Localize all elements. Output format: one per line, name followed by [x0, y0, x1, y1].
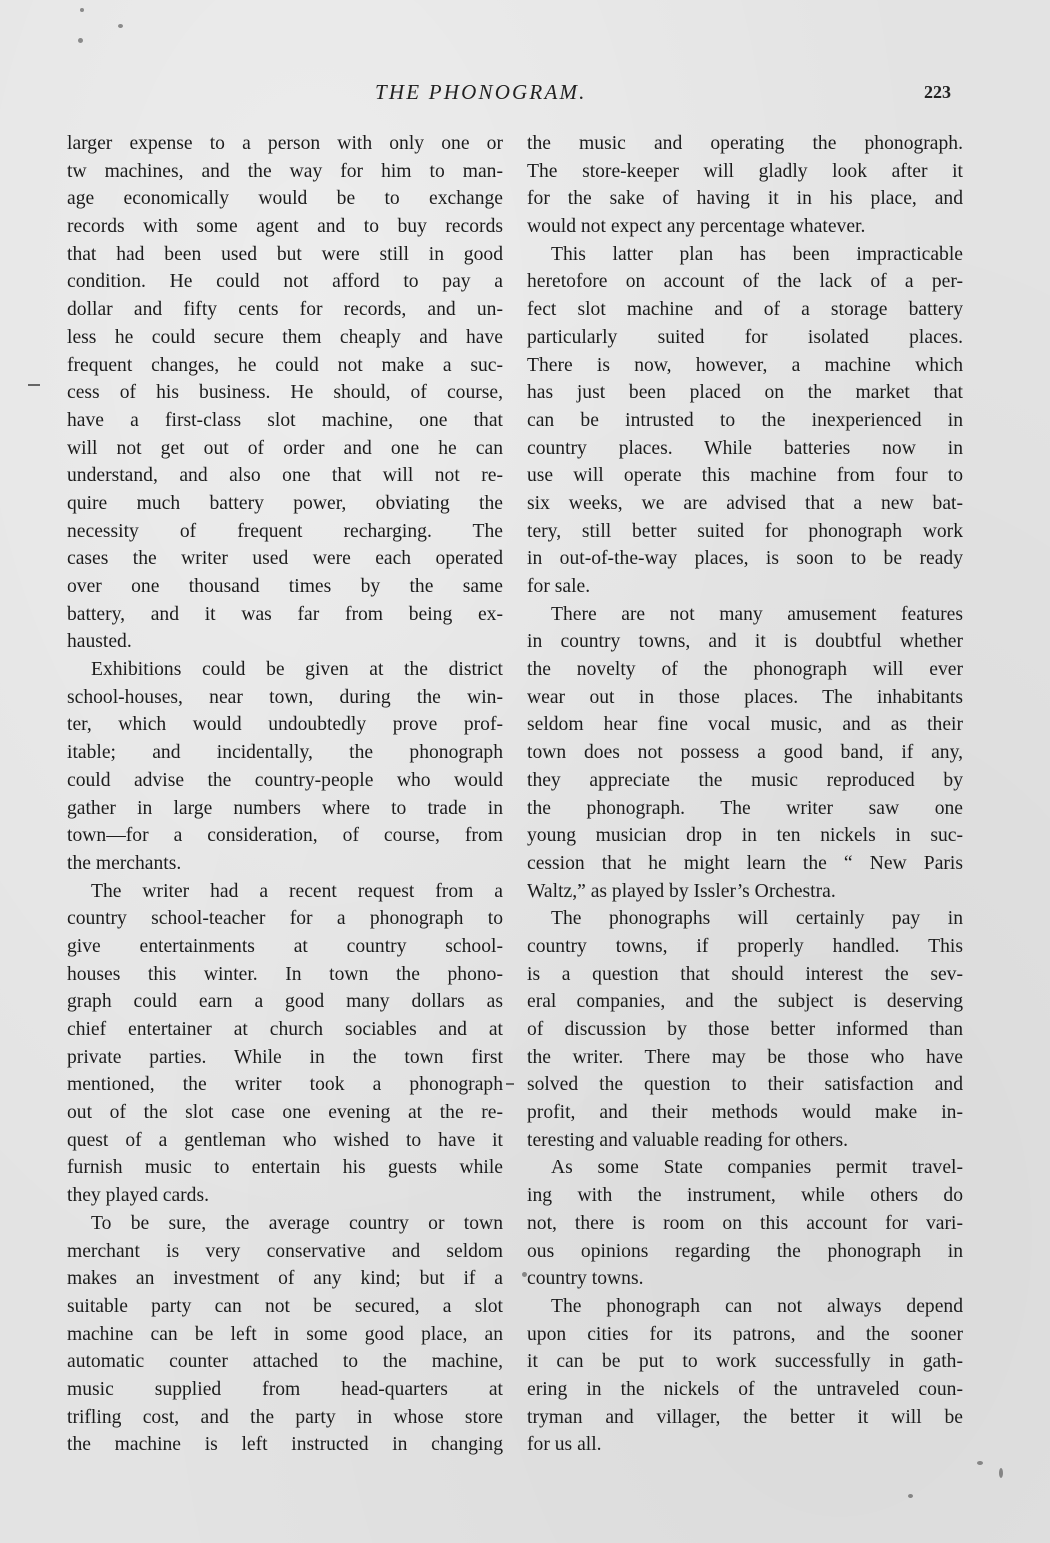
- text-line: would not expect any percentage whatever…: [527, 213, 963, 241]
- text-line: for sale.: [527, 573, 963, 601]
- line-text: town does not possess a good band, if an…: [527, 739, 963, 767]
- text-line: the phonograph. The writer saw one: [527, 795, 963, 823]
- line-text: ter, which would undoubtedly prove prof-: [67, 711, 503, 739]
- text-line: in country towns, and it is doubtful whe…: [527, 628, 963, 656]
- line-text: it can be put to work successfully in ga…: [527, 1348, 963, 1376]
- text-line: gather in large numbers where to trade i…: [67, 795, 503, 823]
- text-line: profit, and their methods would make in-: [527, 1099, 963, 1127]
- text-line: give entertainments at country school-: [67, 933, 503, 961]
- text-line: will not get out of order and one he can: [67, 435, 503, 463]
- scan-speck: [522, 1272, 527, 1277]
- text-line: six weeks, we are advised that a new bat…: [527, 490, 963, 518]
- line-text: particularly suited for isolated places.: [527, 324, 963, 352]
- text-line: eral companies, and the subject is deser…: [527, 988, 963, 1016]
- line-text: has just been placed on the market that: [527, 379, 963, 407]
- line-text: the phonograph. The writer saw one: [527, 795, 963, 823]
- line-text: necessity of frequent recharging. The: [67, 518, 503, 546]
- page-number: 223: [924, 82, 951, 103]
- line-text: profit, and their methods would make in-: [527, 1099, 963, 1127]
- text-line: larger expense to a person with only one…: [67, 130, 503, 158]
- text-line: seldom hear fine vocal music, and as the…: [527, 711, 963, 739]
- text-line: cession that he might learn the “ New Pa…: [527, 850, 963, 878]
- line-text: chief entertainer at church sociables an…: [67, 1016, 503, 1044]
- text-line: ter, which would undoubtedly prove prof-: [67, 711, 503, 739]
- line-text: over one thousand times by the same: [67, 573, 503, 601]
- text-line: country towns, if properly handled. This: [527, 933, 963, 961]
- line-text: merchant is very conservative and seldom: [67, 1238, 503, 1266]
- text-line: There is now, however, a machine which: [527, 352, 963, 380]
- text-line: it can be put to work successfully in ga…: [527, 1348, 963, 1376]
- text-line: cess of his business. He should, of cour…: [67, 379, 503, 407]
- text-line: the writer. There may be those who have: [527, 1044, 963, 1072]
- line-text: furnish music to entertain his guests wh…: [67, 1154, 503, 1182]
- paragraph-first-line: There are not many amusement features: [527, 601, 963, 629]
- text-line: music supplied from head-quarters at: [67, 1376, 503, 1404]
- line-text: age economically would be to exchange: [67, 185, 503, 213]
- line-text: To be sure, the average country or town: [91, 1210, 503, 1238]
- text-line: chief entertainer at church sociables an…: [67, 1016, 503, 1044]
- scanned-page: THE PHONOGRAM. 223 larger expense to a p…: [0, 0, 1050, 1543]
- line-text: school-houses, near town, during the win…: [67, 684, 503, 712]
- text-line: necessity of frequent recharging. The: [67, 518, 503, 546]
- line-text: The writer had a recent request from a: [91, 878, 503, 906]
- text-line: country places. While batteries now in: [527, 435, 963, 463]
- text-line: have a first-class slot machine, one tha…: [67, 407, 503, 435]
- line-text: gather in large numbers where to trade i…: [67, 795, 503, 823]
- line-text: town—for a consideration, of course, fro…: [67, 822, 503, 850]
- line-text: hausted.: [67, 628, 503, 656]
- line-text: quest of a gentleman who wished to have …: [67, 1127, 503, 1155]
- text-line: solved the question to their satisfactio…: [527, 1071, 963, 1099]
- paragraph-first-line: Exhibitions could be given at the distri…: [67, 656, 503, 684]
- text-line: merchant is very conservative and seldom: [67, 1238, 503, 1266]
- line-text: country towns.: [527, 1265, 963, 1293]
- line-text: condition. He could not afford to pay a: [67, 268, 503, 296]
- text-line: town does not possess a good band, if an…: [527, 739, 963, 767]
- text-line: houses this winter. In town the phono-: [67, 961, 503, 989]
- text-line: country school-teacher for a phonograph …: [67, 905, 503, 933]
- journal-title: THE PHONOGRAM.: [375, 80, 587, 105]
- text-line: school-houses, near town, during the win…: [67, 684, 503, 712]
- scan-speck: [80, 8, 84, 12]
- text-line: machine can be left in some good place, …: [67, 1321, 503, 1349]
- line-text: they played cards.: [67, 1182, 503, 1210]
- line-text: mentioned, the writer took a phonograph: [67, 1071, 503, 1099]
- text-line: records with some agent and to buy recor…: [67, 213, 503, 241]
- scan-speck: [908, 1494, 913, 1498]
- text-line: understand, and also one that will not r…: [67, 462, 503, 490]
- text-line: itable; and incidentally, the phonograph: [67, 739, 503, 767]
- text-line: frequent changes, he could not make a su…: [67, 352, 503, 380]
- paragraph-first-line: As some State companies permit travel-: [527, 1154, 963, 1182]
- line-text: solved the question to their satisfactio…: [527, 1071, 963, 1099]
- text-line: the music and operating the phonograph.: [527, 130, 963, 158]
- margin-mark: [506, 1083, 514, 1085]
- text-line: the novelty of the phonograph will ever: [527, 656, 963, 684]
- text-line: suitable party can not be secured, a slo…: [67, 1293, 503, 1321]
- text-line: of discussion by those better informed t…: [527, 1016, 963, 1044]
- line-text: As some State companies permit travel-: [551, 1154, 963, 1182]
- line-text: The phonographs will certainly pay in: [551, 905, 963, 933]
- text-line: The store-keeper will gladly look after …: [527, 158, 963, 186]
- text-line: ering in the nickels of the untraveled c…: [527, 1376, 963, 1404]
- line-text: Exhibitions could be given at the distri…: [91, 656, 503, 684]
- text-line: they played cards.: [67, 1182, 503, 1210]
- line-text: ering in the nickels of the untraveled c…: [527, 1376, 963, 1404]
- line-text: country places. While batteries now in: [527, 435, 963, 463]
- text-line: condition. He could not afford to pay a: [67, 268, 503, 296]
- line-text: country towns, if properly handled. This: [527, 933, 963, 961]
- line-text: There is now, however, a machine which: [527, 352, 963, 380]
- text-line: the merchants.: [67, 850, 503, 878]
- line-text: for us all.: [527, 1431, 963, 1459]
- text-line: ing with the instrument, while others do: [527, 1182, 963, 1210]
- line-text: teresting and valuable reading for other…: [527, 1127, 963, 1155]
- text-line: the machine is left instructed in changi…: [67, 1431, 503, 1459]
- text-line: not, there is room on this account for v…: [527, 1210, 963, 1238]
- line-text: the novelty of the phonograph will ever: [527, 656, 963, 684]
- line-text: ous opinions regarding the phonograph in: [527, 1238, 963, 1266]
- line-text: graph could earn a good many dollars as: [67, 988, 503, 1016]
- line-text: in country towns, and it is doubtful whe…: [527, 628, 963, 656]
- line-text: tw machines, and the way for him to man-: [67, 158, 503, 186]
- line-text: Waltz,” as played by Issler’s Orchestra.: [527, 878, 963, 906]
- line-text: the writer. There may be those who have: [527, 1044, 963, 1072]
- line-text: would not expect any percentage whatever…: [527, 213, 963, 241]
- line-text: cession that he might learn the “ New Pa…: [527, 850, 963, 878]
- text-line: use will operate this machine from four …: [527, 462, 963, 490]
- text-line: out of the slot case one evening at the …: [67, 1099, 503, 1127]
- line-text: ing with the instrument, while others do: [527, 1182, 963, 1210]
- text-line: Waltz,” as played by Issler’s Orchestra.: [527, 878, 963, 906]
- text-line: mentioned, the writer took a phonograph: [67, 1071, 503, 1099]
- text-line: particularly suited for isolated places.: [527, 324, 963, 352]
- left-column: larger expense to a person with only one…: [67, 130, 503, 1459]
- line-text: There are not many amusement features: [551, 601, 963, 629]
- line-text: houses this winter. In town the phono-: [67, 961, 503, 989]
- line-text: the music and operating the phonograph.: [527, 130, 963, 158]
- line-text: out of the slot case one evening at the …: [67, 1099, 503, 1127]
- text-line: fect slot machine and of a storage batte…: [527, 296, 963, 324]
- line-text: heretofore on account of the lack of a p…: [527, 268, 963, 296]
- text-line: ous opinions regarding the phonograph in: [527, 1238, 963, 1266]
- line-text: battery, and it was far from being ex-: [67, 601, 503, 629]
- line-text: the merchants.: [67, 850, 503, 878]
- text-line: quest of a gentleman who wished to have …: [67, 1127, 503, 1155]
- text-line: automatic counter attached to the machin…: [67, 1348, 503, 1376]
- running-head: THE PHONOGRAM. 223: [0, 80, 1050, 110]
- line-text: understand, and also one that will not r…: [67, 462, 503, 490]
- paragraph-first-line: To be sure, the average country or town: [67, 1210, 503, 1238]
- text-line: young musician drop in ten nickels in su…: [527, 822, 963, 850]
- line-text: makes an investment of any kind; but if …: [67, 1265, 503, 1293]
- text-line: furnish music to entertain his guests wh…: [67, 1154, 503, 1182]
- text-line: quire much battery power, obviating the: [67, 490, 503, 518]
- line-text: The phonograph can not always depend: [551, 1293, 963, 1321]
- text-line: graph could earn a good many dollars as: [67, 988, 503, 1016]
- line-text: This latter plan has been impracticable: [551, 241, 963, 269]
- text-line: country towns.: [527, 1265, 963, 1293]
- line-text: can be intrusted to the inexperienced in: [527, 407, 963, 435]
- line-text: music supplied from head-quarters at: [67, 1376, 503, 1404]
- line-text: will not get out of order and one he can: [67, 435, 503, 463]
- margin-mark: [28, 384, 40, 386]
- text-line: tery, still better suited for phonograph…: [527, 518, 963, 546]
- text-line: town—for a consideration, of course, fro…: [67, 822, 503, 850]
- paragraph-first-line: This latter plan has been impracticable: [527, 241, 963, 269]
- text-line: could advise the country-people who woul…: [67, 767, 503, 795]
- text-line: tw machines, and the way for him to man-: [67, 158, 503, 186]
- text-line: less he could secure them cheaply and ha…: [67, 324, 503, 352]
- line-text: machine can be left in some good place, …: [67, 1321, 503, 1349]
- scan-speck: [78, 38, 83, 43]
- text-line: wear out in those places. The inhabitant…: [527, 684, 963, 712]
- text-line: is a question that should interest the s…: [527, 961, 963, 989]
- line-text: wear out in those places. The inhabitant…: [527, 684, 963, 712]
- text-line: hausted.: [67, 628, 503, 656]
- text-line: has just been placed on the market that: [527, 379, 963, 407]
- line-text: in out-of-the-way places, is soon to be …: [527, 545, 963, 573]
- text-line: for the sake of having it in his place, …: [527, 185, 963, 213]
- line-text: is a question that should interest the s…: [527, 961, 963, 989]
- paragraph-first-line: The writer had a recent request from a: [67, 878, 503, 906]
- line-text: dollar and fifty cents for records, and …: [67, 296, 503, 324]
- line-text: for sale.: [527, 573, 963, 601]
- text-line: tryman and villager, the better it will …: [527, 1404, 963, 1432]
- text-line: upon cities for its patrons, and the soo…: [527, 1321, 963, 1349]
- line-text: for the sake of having it in his place, …: [527, 185, 963, 213]
- line-text: tery, still better suited for phonograph…: [527, 518, 963, 546]
- text-line: over one thousand times by the same: [67, 573, 503, 601]
- text-line: for us all.: [527, 1431, 963, 1459]
- line-text: less he could secure them cheaply and ha…: [67, 324, 503, 352]
- paragraph-first-line: The phonographs will certainly pay in: [527, 905, 963, 933]
- line-text: give entertainments at country school-: [67, 933, 503, 961]
- scan-speck: [977, 1461, 983, 1465]
- text-line: cases the writer used were each operated: [67, 545, 503, 573]
- line-text: fect slot machine and of a storage batte…: [527, 296, 963, 324]
- line-text: automatic counter attached to the machin…: [67, 1348, 503, 1376]
- line-text: The store-keeper will gladly look after …: [527, 158, 963, 186]
- text-line: makes an investment of any kind; but if …: [67, 1265, 503, 1293]
- line-text: six weeks, we are advised that a new bat…: [527, 490, 963, 518]
- text-line: that had been used but were still in goo…: [67, 241, 503, 269]
- line-text: larger expense to a person with only one…: [67, 130, 503, 158]
- text-line: they appreciate the music reproduced by: [527, 767, 963, 795]
- text-line: age economically would be to exchange: [67, 185, 503, 213]
- scan-speck: [118, 24, 123, 28]
- line-text: frequent changes, he could not make a su…: [67, 352, 503, 380]
- line-text: itable; and incidentally, the phonograph: [67, 739, 503, 767]
- text-line: trifling cost, and the party in whose st…: [67, 1404, 503, 1432]
- text-line: heretofore on account of the lack of a p…: [527, 268, 963, 296]
- line-text: cess of his business. He should, of cour…: [67, 379, 503, 407]
- text-line: battery, and it was far from being ex-: [67, 601, 503, 629]
- line-text: seldom hear fine vocal music, and as the…: [527, 711, 963, 739]
- line-text: cases the writer used were each operated: [67, 545, 503, 573]
- line-text: records with some agent and to buy recor…: [67, 213, 503, 241]
- text-line: private parties. While in the town first: [67, 1044, 503, 1072]
- right-column: the music and operating the phonograph.T…: [527, 130, 963, 1459]
- line-text: suitable party can not be secured, a slo…: [67, 1293, 503, 1321]
- line-text: use will operate this machine from four …: [527, 462, 963, 490]
- line-text: private parties. While in the town first: [67, 1044, 503, 1072]
- line-text: that had been used but were still in goo…: [67, 241, 503, 269]
- line-text: eral companies, and the subject is deser…: [527, 988, 963, 1016]
- line-text: have a first-class slot machine, one tha…: [67, 407, 503, 435]
- line-text: tryman and villager, the better it will …: [527, 1404, 963, 1432]
- line-text: of discussion by those better informed t…: [527, 1016, 963, 1044]
- line-text: not, there is room on this account for v…: [527, 1210, 963, 1238]
- line-text: young musician drop in ten nickels in su…: [527, 822, 963, 850]
- scan-speck: [999, 1468, 1003, 1478]
- text-line: in out-of-the-way places, is soon to be …: [527, 545, 963, 573]
- line-text: quire much battery power, obviating the: [67, 490, 503, 518]
- line-text: they appreciate the music reproduced by: [527, 767, 963, 795]
- line-text: the machine is left instructed in changi…: [67, 1431, 503, 1459]
- text-line: can be intrusted to the inexperienced in: [527, 407, 963, 435]
- text-line: dollar and fifty cents for records, and …: [67, 296, 503, 324]
- text-line: teresting and valuable reading for other…: [527, 1127, 963, 1155]
- line-text: trifling cost, and the party in whose st…: [67, 1404, 503, 1432]
- paragraph-first-line: The phonograph can not always depend: [527, 1293, 963, 1321]
- line-text: country school-teacher for a phonograph …: [67, 905, 503, 933]
- line-text: upon cities for its patrons, and the soo…: [527, 1321, 963, 1349]
- line-text: could advise the country-people who woul…: [67, 767, 503, 795]
